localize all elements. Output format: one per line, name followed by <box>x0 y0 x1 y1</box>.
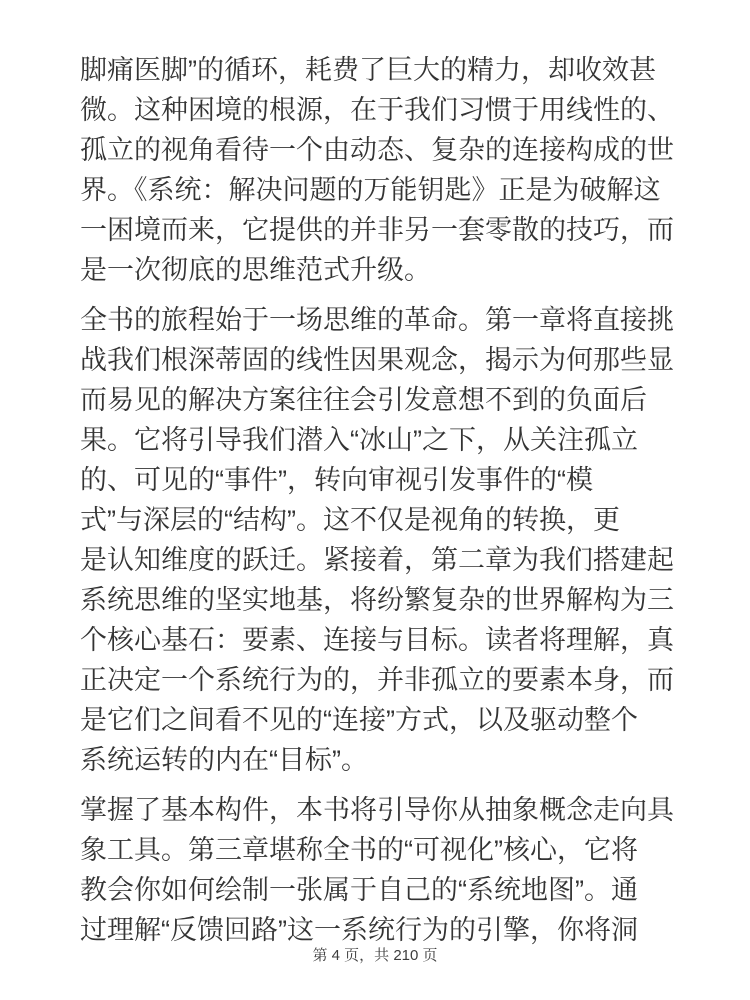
text-line: 孤立的视角看待一个由动态、复杂的连接构成的世 <box>80 130 676 170</box>
text-line: 一困境而来，它提供的并非另一套零散的技巧，而 <box>80 210 676 250</box>
text-line: 系统运转的内在“目标”。 <box>80 740 676 780</box>
page-text-body: 脚痛医脚”的循环，耗费了巨大的精力，却收效甚 微。这种困境的根源，在于我们习惯于… <box>80 50 676 960</box>
text-line: 界。《系统：解决问题的万能钥匙》正是为破解这 <box>80 170 676 210</box>
text-line: 式”与深层的“结构”。这不仅是视角的转换，更 <box>80 500 676 540</box>
text-line: 掌握了基本构件，本书将引导你从抽象概念走向具 <box>80 790 676 830</box>
text-line: 而易见的解决方案往往会引发意想不到的负面后 <box>80 380 676 420</box>
paragraph: 全书的旅程始于一场思维的革命。第一章将直接挑 战我们根深蒂固的线性因果观念，揭示… <box>80 300 676 780</box>
text-line: 系统思维的坚实地基，将纷繁复杂的世界解构为三 <box>80 580 676 620</box>
text-line: 果。它将引导我们潜入“冰山”之下，从关注孤立 <box>80 420 676 460</box>
text-line: 正决定一个系统行为的，并非孤立的要素本身，而 <box>80 660 676 700</box>
text-line: 是一次彻底的思维范式升级。 <box>80 250 676 290</box>
text-line: 是认知维度的跃迁。紧接着，第二章为我们搭建起 <box>80 540 676 580</box>
paragraph: 掌握了基本构件，本书将引导你从抽象概念走向具 象工具。第三章堪称全书的“可视化”… <box>80 790 676 950</box>
text-line: 的、可见的“事件”，转向审视引发事件的“模 <box>80 460 676 500</box>
paragraph: 脚痛医脚”的循环，耗费了巨大的精力，却收效甚 微。这种困境的根源，在于我们习惯于… <box>80 50 676 290</box>
text-line: 全书的旅程始于一场思维的革命。第一章将直接挑 <box>80 300 676 340</box>
text-line: 是它们之间看不见的“连接”方式，以及驱动整个 <box>80 700 676 740</box>
page-number-footer: 第 4 页，共 210 页 <box>0 946 750 966</box>
text-line: 教会你如何绘制一张属于自己的“系统地图”。通 <box>80 870 676 910</box>
text-line: 战我们根深蒂固的线性因果观念，揭示为何那些显 <box>80 340 676 380</box>
document-page: 脚痛医脚”的循环，耗费了巨大的精力，却收效甚 微。这种困境的根源，在于我们习惯于… <box>0 0 750 1000</box>
text-line: 微。这种困境的根源，在于我们习惯于用线性的、 <box>80 90 676 130</box>
text-line: 象工具。第三章堪称全书的“可视化”核心，它将 <box>80 830 676 870</box>
text-line: 个核心基石：要素、连接与目标。读者将理解，真 <box>80 620 676 660</box>
text-line: 过理解“反馈回路”这一系统行为的引擎，你将洞 <box>80 910 676 950</box>
text-line: 脚痛医脚”的循环，耗费了巨大的精力，却收效甚 <box>80 50 676 90</box>
